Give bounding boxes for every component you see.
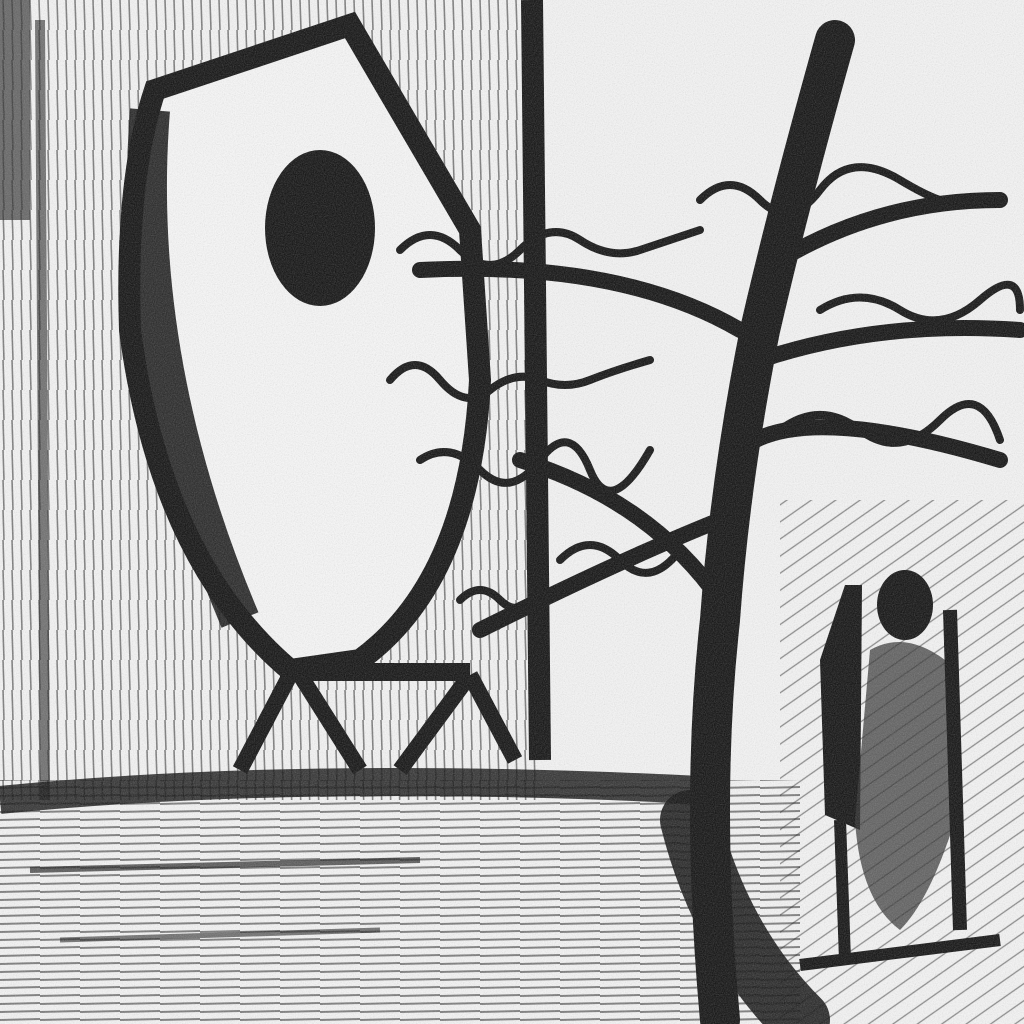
charcoal-sketch [0, 0, 1024, 1024]
paper-grain [0, 0, 1024, 1024]
sketch-canvas [0, 0, 1024, 1024]
